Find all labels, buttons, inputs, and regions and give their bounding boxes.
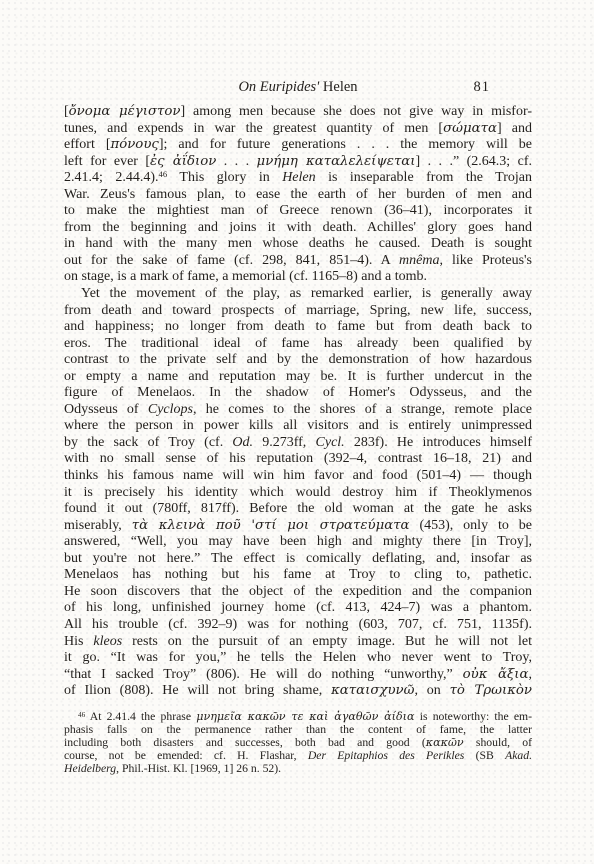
text-line: but you're not here.” The effect is comi…	[64, 551, 532, 568]
text-line: left for ever [ἐς ἀΐδιον . . . μνήμη κατ…	[64, 154, 532, 171]
body-text: [ὄνομα μέγιστον] among men because she d…	[64, 104, 532, 700]
footnote: 46 At 2.41.4 the phrase μνημεῖα κακῶν τε…	[64, 711, 532, 775]
text-line: where the person in power kills all visi…	[64, 418, 532, 435]
text-line: in hand with the many men whose deaths h…	[64, 236, 532, 253]
text-line: His kleos rests on the pursuit of an emp…	[64, 634, 532, 651]
text-line: eros. The traditional ideal of fame has …	[64, 336, 532, 353]
text-line: tunes, and expends in war the greatest q…	[64, 121, 532, 138]
text-line: it go. “It was for you,” he tells the He…	[64, 650, 532, 667]
running-head-title: On Euripides' Helen	[238, 79, 357, 95]
footnote-line: Heidelberg, Phil.-Hist. Kl. [1969, 1] 26…	[64, 763, 532, 776]
text-line: by the sack of Troy (cf. Od. 9.273ff, Cy…	[64, 435, 532, 452]
text-line: thinks his famous name will win him favo…	[64, 468, 532, 485]
text-line: All his trouble (cf. 392–9) was for noth…	[64, 617, 532, 634]
text-line: He soon discovers that the object of the…	[64, 584, 532, 601]
text-line: found it out (780ff, 817ff). Before the …	[64, 501, 532, 518]
text-line: 2.41.4; 2.44.4).46 This glory in Helen i…	[64, 170, 532, 187]
footnote-line: course, not be emended: cf. H. Flashar, …	[64, 750, 532, 763]
text-line: with no small sense of his reputation (3…	[64, 451, 532, 468]
text-line: miserably, τὰ κλεινὰ ποῦ 'στί μοι στρατε…	[64, 518, 532, 535]
page-number: 81	[474, 78, 491, 96]
text-line: Odysseus of Cyclops, he comes to the sho…	[64, 402, 532, 419]
text-line: [ὄνομα μέγιστον] among men because she d…	[64, 104, 532, 121]
text-line: figure of Menelaos. In the shadow of Hom…	[64, 385, 532, 402]
text-line: Menelaos has nothing but his fame at Tro…	[64, 567, 532, 584]
text-line: or empty a name and reputation may be. I…	[64, 369, 532, 386]
text-line: effort [πόνους]; and for future generati…	[64, 137, 532, 154]
text-line: of his long, unfinished journey home (cf…	[64, 600, 532, 617]
text-line: of Ilion (808). He will not bring shame,…	[64, 683, 532, 700]
text-line: out for the sake of fame (cf. 298, 841, …	[64, 253, 532, 270]
book-page: On Euripides' Helen 81 [ὄνομα μέγιστον] …	[0, 0, 594, 864]
text-line: “that I sacked Troy” (806). He will do n…	[64, 667, 532, 684]
text-line: contrast to the private self and by the …	[64, 352, 532, 369]
text-line: Yet the movement of the play, as remarke…	[64, 286, 532, 303]
text-line: from death and toward prospects of marri…	[64, 303, 532, 320]
text-line: War. Zeus's famous plan, to ease the ear…	[64, 187, 532, 204]
text-line: to make the mightiest man of Greece reno…	[64, 203, 532, 220]
text-line: on stage, is a mark of fame, a memorial …	[64, 269, 532, 286]
running-head: On Euripides' Helen 81	[64, 78, 532, 96]
text-line: from the beginning and joins it with dea…	[64, 220, 532, 237]
text-line: answered, “Well, you may have been high …	[64, 534, 532, 551]
text-line: it is precisely his identity which would…	[64, 485, 532, 502]
footnote-line: 46 At 2.41.4 the phrase μνημεῖα κακῶν τε…	[64, 711, 532, 724]
text-line: and happiness; no longer from death to f…	[64, 319, 532, 336]
